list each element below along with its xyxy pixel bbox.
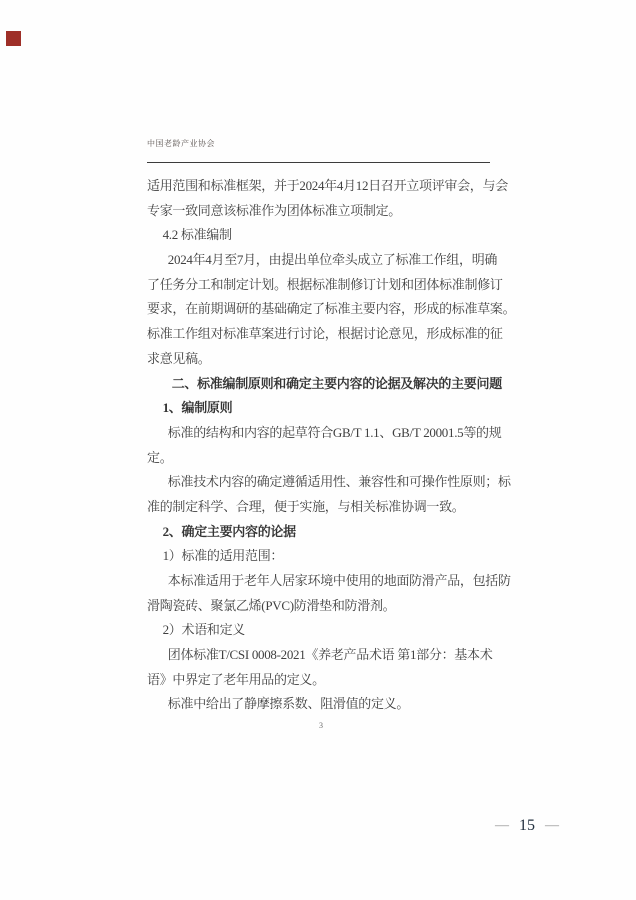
- document-content-column: 中国老龄产业协会 适用范围和标准框架，并于2024年4月12日召开立项评审会，与…: [147, 139, 493, 717]
- text-line: 求意见稿。: [147, 347, 490, 372]
- header-divider-line: [147, 162, 490, 163]
- scanned-document-page: 中国老龄产业协会 适用范围和标准框架，并于2024年4月12日召开立项评审会，与…: [0, 0, 636, 900]
- inner-page-number: 3: [316, 721, 326, 730]
- footer-page-number: — 15 —: [495, 816, 559, 836]
- section-heading-4-2: 4.2 标准编制: [147, 223, 490, 248]
- text-line: 要求，在前期调研的基础确定了标准主要内容，形成的标准草案。: [147, 297, 490, 322]
- text-line: 了任务分工和制定计划。根据标准制修订计划和团体标准制修订: [147, 273, 490, 298]
- text-line: 2024年4月至7月，由提出单位牵头成立了标准工作组，明确: [147, 248, 490, 273]
- text-line: 定。: [147, 446, 490, 471]
- footer-dash: —: [495, 816, 509, 836]
- body-text-block: 适用范围和标准框架，并于2024年4月12日召开立项评审会，与会 专家一致同意该…: [147, 174, 490, 717]
- list-item-heading: 1）标准的适用范围：: [147, 544, 490, 569]
- text-line: 滑陶瓷砖、聚氯乙烯(PVC)防滑垫和防滑剂。: [147, 594, 490, 619]
- list-item-heading: 2）术语和定义: [147, 618, 490, 643]
- subsection-heading-2: 2、确定主要内容的论据: [147, 520, 490, 545]
- footer-dash: —: [545, 816, 559, 836]
- text-line: 标准技术内容的确定遵循适用性、兼容性和可操作性原则；标: [147, 470, 490, 495]
- text-line: 标准工作组对标准草案进行讨论，根据讨论意见，形成标准的征: [147, 322, 490, 347]
- page-number: 15: [519, 816, 535, 836]
- association-logo-text: 中国老龄产业协会: [147, 139, 493, 153]
- text-line: 适用范围和标准框架，并于2024年4月12日召开立项评审会，与会: [147, 174, 490, 199]
- section-heading-2: 二、标准编制原则和确定主要内容的论据及解决的主要问题: [147, 372, 490, 397]
- text-line: 准的制定科学、合理，便于实施，与相关标准协调一致。: [147, 495, 490, 520]
- text-line: 语》中界定了老年用品的定义。: [147, 668, 490, 693]
- subsection-heading-1: 1、编制原则: [147, 396, 490, 421]
- text-line: 标准的结构和内容的起草符合GB/T 1.1、GB/T 20001.5等的规: [147, 421, 490, 446]
- text-line: 标准中给出了静摩擦系数、阻滑值的定义。: [147, 692, 490, 717]
- text-line: 团体标准T/CSI 0008-2021《养老产品术语 第1部分：基本术: [147, 643, 490, 668]
- text-line: 专家一致同意该标准作为团体标准立项制定。: [147, 199, 490, 224]
- red-corner-mark: [6, 31, 21, 46]
- text-line: 本标准适用于老年人居家环境中使用的地面防滑产品，包括防: [147, 569, 490, 594]
